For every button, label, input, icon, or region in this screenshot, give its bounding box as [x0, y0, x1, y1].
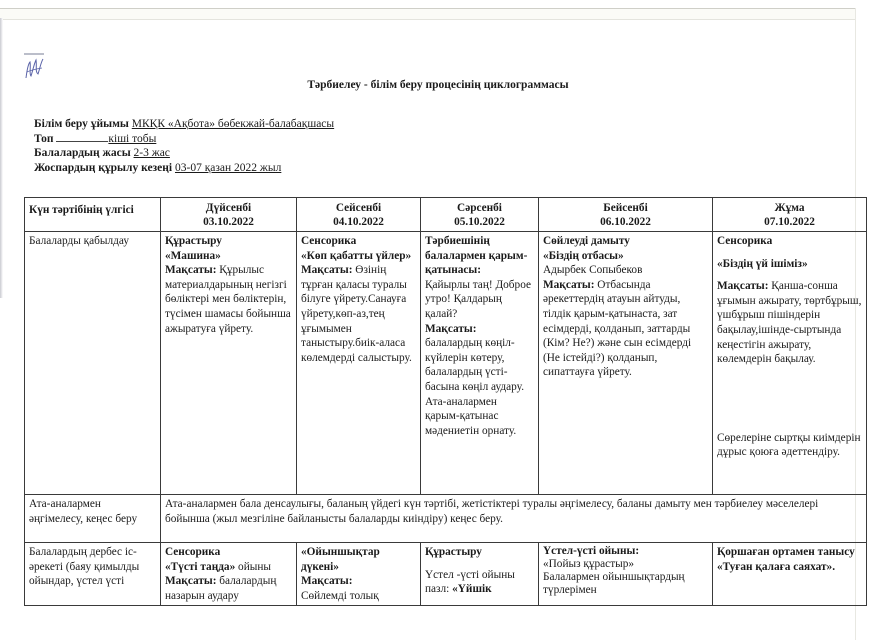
header-schedule: Күн тәртібінің үлгісі — [25, 198, 161, 232]
cyclogram-table: Күн тәртібінің үлгісі Дүйсенбі03.10.2022… — [24, 197, 867, 606]
group-blank — [56, 132, 108, 142]
group-label: Топ — [34, 133, 54, 145]
table-cell: Сөйлеуді дамыту «Біздің отбасы» Адырбек … — [539, 232, 713, 495]
table-cell: Тәрбиешінің балалармен қарым-қатынасы: Қ… — [421, 232, 539, 495]
table-row: Ата-аналармен әңгімелесу, кеңес беру Ата… — [25, 495, 867, 543]
row-label: Ата-аналармен әңгімелесу, кеңес беру — [25, 495, 161, 543]
header-day: Жұма07.10.2022 — [713, 198, 867, 232]
table-cell-merged: Ата-аналармен бала денсаулығы, баланың ү… — [161, 495, 867, 543]
group-line: Топ кіші тобы — [34, 132, 334, 147]
table-cell: Сенсорика «Түсті таңда» ойыны Мақсаты: б… — [161, 543, 297, 606]
scan-shadow-left — [0, 18, 3, 298]
age-label: Балалардың жасы — [34, 147, 131, 159]
org-line: Білім беру ұйымы МКҚК «Ақбота» бөбекжай-… — [34, 117, 334, 132]
org-label: Білім беру ұйымы — [34, 118, 129, 130]
header-day: Дүйсенбі03.10.2022 — [161, 198, 297, 232]
table-cell: Сенсорика «Біздің үй ішіміз» Мақсаты: Қа… — [713, 232, 867, 495]
page-title: Тәрбиелеу - білім беру процесінің циклог… — [0, 79, 876, 91]
table-cell: Үстел-үсті ойыны: «Пойыз құрастыр» Балал… — [539, 543, 713, 606]
age-value: 2-3 жас — [134, 147, 170, 159]
period-label: Жоспардың құрылу кезеңі — [34, 162, 172, 174]
table-cell: Құрастыру «Машина» Мақсаты: Құрылыс мате… — [161, 232, 297, 495]
period-line: Жоспардың құрылу кезеңі 03-07 қазан 2022… — [34, 161, 334, 176]
row-label: Балалардың дербес іс-әрекеті (баяу қимыл… — [25, 543, 161, 606]
header-day: Сейсенбі04.10.2022 — [297, 198, 421, 232]
table-row: Балалардың дербес іс-әрекеті (баяу қимыл… — [25, 543, 867, 606]
header-day: Бейсенбі06.10.2022 — [539, 198, 713, 232]
row-label: Балаларды қабылдау — [25, 232, 161, 495]
group-value: кіші тобы — [108, 133, 156, 145]
document-meta: Білім беру ұйымы МКҚК «Ақбота» бөбекжай-… — [34, 117, 334, 175]
table-cell: Құрастыру Үстел -үсті ойыны пазл: «Үйшік — [421, 543, 539, 606]
table-row: Балаларды қабылдау Құрастыру «Машина» Ма… — [25, 232, 867, 495]
table-cell: Сенсорика «Көп қабатты үйлер» Мақсаты: Ө… — [297, 232, 421, 495]
header-day: Сәрсенбі05.10.2022 — [421, 198, 539, 232]
org-value: МКҚК «Ақбота» бөбекжай-балабақшасы — [132, 118, 334, 130]
signature-icon — [22, 50, 46, 80]
table-header-row: Күн тәртібінің үлгісі Дүйсенбі03.10.2022… — [25, 198, 867, 232]
period-value: 03-07 қазан 2022 жыл — [175, 162, 281, 174]
table-cell: Қоршаған ортамен танысу «Туған қалаға са… — [713, 543, 867, 606]
table-cell: «Ойыншықтар дүкені» Мақсаты: Сөйлемді то… — [297, 543, 421, 606]
age-line: Балалардың жасы 2-3 жас — [34, 146, 334, 161]
scan-page-edge — [0, 8, 856, 20]
